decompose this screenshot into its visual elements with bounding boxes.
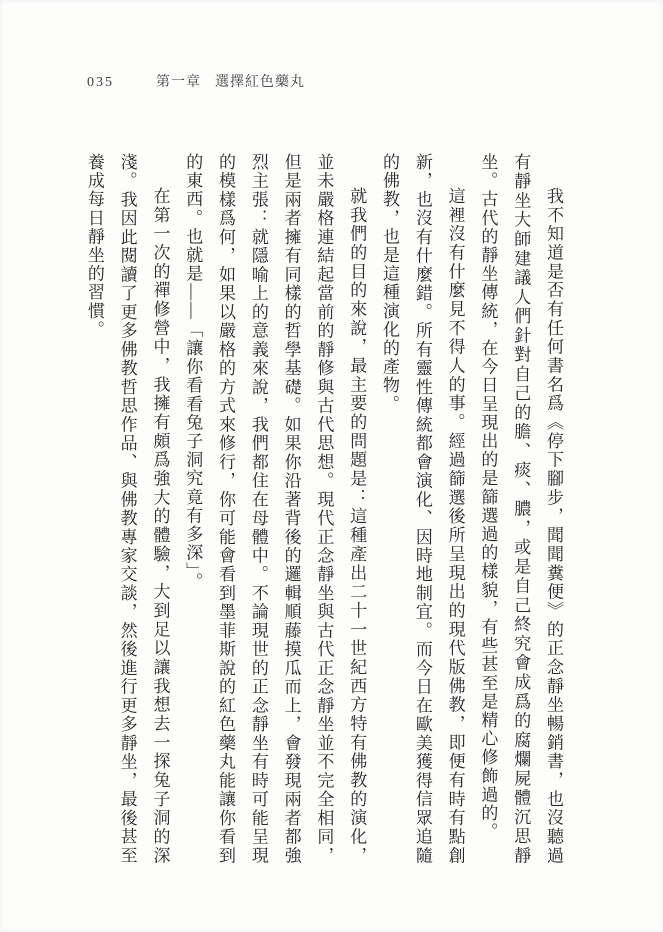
chapter-title: 選擇紅色藥丸 [215, 71, 305, 91]
running-head: 035 第一章 選擇紅色藥丸 [87, 71, 305, 91]
paragraph: 這裡沒有什麼見不得人的事。經過篩選後所呈現出的現代版佛教，即便有時有點創新，也沒… [372, 153, 470, 865]
page-number: 035 [87, 75, 114, 91]
paragraph: 我不知道是否有任何書名爲《停下腳步，聞聞糞便》的正念靜坐暢銷書，也沒聽過有靜坐大… [471, 153, 569, 865]
chapter-label: 第一章 [156, 71, 201, 91]
paragraph: 就我們的目的來說，最主要的問題是：這種產出二十一世紀西方特有佛教的演化，並未嚴格… [175, 153, 372, 865]
book-page: 035 第一章 選擇紅色藥丸 我不知道是否有任何書名爲《停下腳步，聞聞糞便》的正… [0, 0, 663, 932]
body-text-vertical: 我不知道是否有任何書名爲《停下腳步，聞聞糞便》的正念靜坐暢銷書，也沒聽過有靜坐大… [77, 153, 569, 865]
paragraph: 在第一次的禪修營中，我擁有頗爲強大的體驗，大到足以讓我想去一探兔子洞的深淺。我因… [77, 153, 175, 865]
